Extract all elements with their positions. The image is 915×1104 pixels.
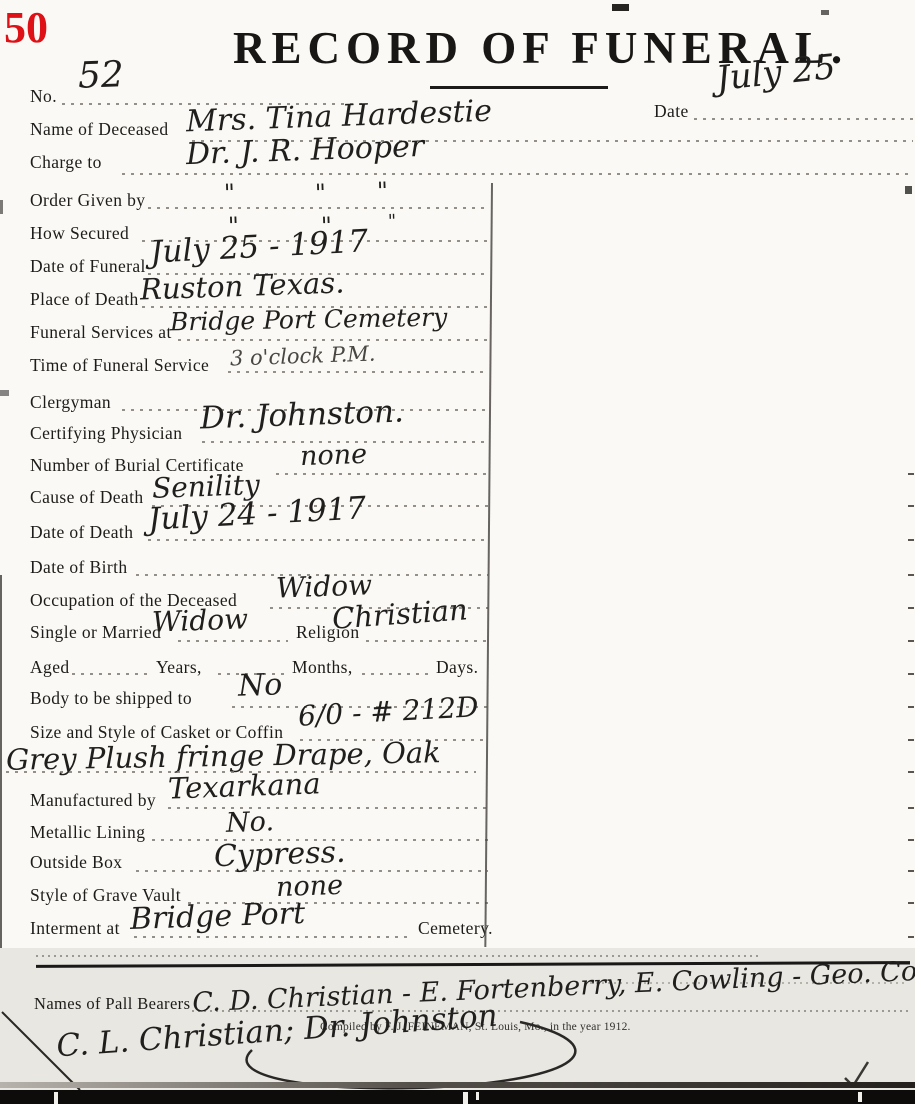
rule-line xyxy=(694,118,913,120)
field-label-no: No. xyxy=(30,86,57,107)
field-label-date: Date xyxy=(654,101,689,122)
rule-line xyxy=(276,473,488,475)
field-label-date-death: Date of Death xyxy=(30,522,133,543)
rule-line xyxy=(148,207,488,209)
field-value-religion: Christian xyxy=(331,595,468,633)
field-label-secured: How Secured xyxy=(30,223,129,244)
field-label-aged-years: Years, xyxy=(156,657,202,678)
scan-artifact xyxy=(908,574,914,576)
field-label-name: Name of Deceased xyxy=(30,119,169,140)
scan-artifact xyxy=(821,10,829,15)
rule-line xyxy=(72,673,152,675)
column-divider-line xyxy=(484,183,493,947)
field-value-metallic: No. xyxy=(226,808,275,837)
ditto-mark: " xyxy=(388,213,397,231)
field-label-body-shipped: Body to be shipped to xyxy=(30,688,192,709)
scan-artifact xyxy=(908,505,914,507)
ditto-mark: " xyxy=(224,181,236,205)
field-label-physician: Certifying Physician xyxy=(30,423,182,444)
page-number-stamp: 50 xyxy=(4,6,48,50)
title-underline xyxy=(430,86,608,89)
scan-artifact xyxy=(54,1092,58,1104)
rule-line xyxy=(122,173,913,175)
field-value-burial-cert: none xyxy=(300,441,368,470)
field-label-date-birth: Date of Birth xyxy=(30,557,128,578)
field-label-pall-bearers: Names of Pall Bearers xyxy=(34,994,190,1014)
field-value-outside-box: Cypress. xyxy=(214,838,346,873)
field-label-clergyman: Clergyman xyxy=(30,392,111,413)
field-value-casket: 6/0 - # 212D xyxy=(297,693,479,730)
rule-line xyxy=(228,371,488,373)
field-label-aged: Aged xyxy=(30,657,70,678)
rule-line xyxy=(134,936,410,938)
field-label-funeral-date: Date of Funeral xyxy=(30,256,146,277)
field-label-aged-days: Days. xyxy=(436,657,478,678)
field-label-service-time: Time of Funeral Service xyxy=(30,355,209,376)
scan-artifact xyxy=(905,186,912,194)
scan-artifact xyxy=(908,807,914,809)
scan-artifact xyxy=(908,706,914,708)
field-label-outside-box: Outside Box xyxy=(30,852,122,873)
scan-artifact xyxy=(908,839,914,841)
rule-line xyxy=(362,673,428,675)
scan-artifact xyxy=(612,4,629,11)
field-label-aged-months: Months, xyxy=(292,657,353,678)
field-label-order: Order Given by xyxy=(30,190,145,211)
field-label-place-death: Place of Death xyxy=(30,289,139,310)
scan-artifact xyxy=(908,902,914,904)
scan-edge-bar xyxy=(0,1090,915,1104)
field-value-single-married: Widow xyxy=(152,605,249,636)
scan-artifact xyxy=(908,771,914,773)
rule-line xyxy=(178,640,288,642)
funeral-record-scan: 50 RECORD OF FUNERAL. No. 52 Date July 2… xyxy=(0,0,915,1104)
field-label-metallic: Metallic Lining xyxy=(30,822,145,843)
scan-artifact xyxy=(908,870,914,872)
field-value-service-time: 3 o'clock P.M. xyxy=(230,343,376,369)
ditto-mark: " xyxy=(315,181,327,205)
ditto-mark: " xyxy=(377,179,389,203)
rule-line xyxy=(168,807,488,809)
field-label-single-married: Single or Married xyxy=(30,622,161,643)
scan-artifact xyxy=(0,200,3,214)
field-value-date: July 25 xyxy=(715,50,838,96)
field-value-date-death: July 24 - 1917 xyxy=(147,493,367,535)
scan-artifact xyxy=(463,1092,468,1104)
field-value-no: 52 xyxy=(77,57,124,95)
field-value-interment: Bridge Port xyxy=(130,899,306,935)
rule-line xyxy=(36,955,760,957)
field-value-services-at: Bridge Port Cemetery xyxy=(170,305,448,335)
scan-artifact xyxy=(908,607,914,609)
field-value-place-death: Ruston Texas. xyxy=(140,268,345,304)
field-value-physician: Dr. Johnston. xyxy=(200,396,405,434)
rule-line xyxy=(148,539,488,541)
scan-shadow xyxy=(0,1082,915,1088)
rule-line xyxy=(178,339,488,341)
scan-artifact xyxy=(908,640,914,642)
field-value-occupation: Widow xyxy=(276,571,373,602)
scan-artifact xyxy=(908,539,914,541)
scan-artifact xyxy=(858,1092,862,1102)
scan-artifact xyxy=(908,473,914,475)
scan-artifact xyxy=(908,673,914,675)
field-label-manufactured: Manufactured by xyxy=(30,790,156,811)
field-label-interment: Interment at xyxy=(30,918,120,939)
scan-artifact xyxy=(908,739,914,741)
field-label-services-at: Funeral Services at xyxy=(30,322,172,343)
field-value-body-shipped: No xyxy=(237,670,282,702)
scan-edge-line xyxy=(0,575,2,950)
scan-artifact xyxy=(0,390,9,396)
field-value-manufactured: Texarkana xyxy=(168,769,322,803)
scan-artifact xyxy=(908,936,914,938)
field-value-charge: Dr. J. R. Hooper xyxy=(186,132,425,170)
field-value-funeral-date: July 25 - 1917 xyxy=(149,226,369,268)
scan-artifact xyxy=(476,1092,479,1100)
field-label-cemetery-suffix: Cemetery. xyxy=(418,918,493,939)
rule-line xyxy=(366,640,488,642)
field-label-cause-death: Cause of Death xyxy=(30,487,143,508)
field-label-charge: Charge to xyxy=(30,152,102,173)
